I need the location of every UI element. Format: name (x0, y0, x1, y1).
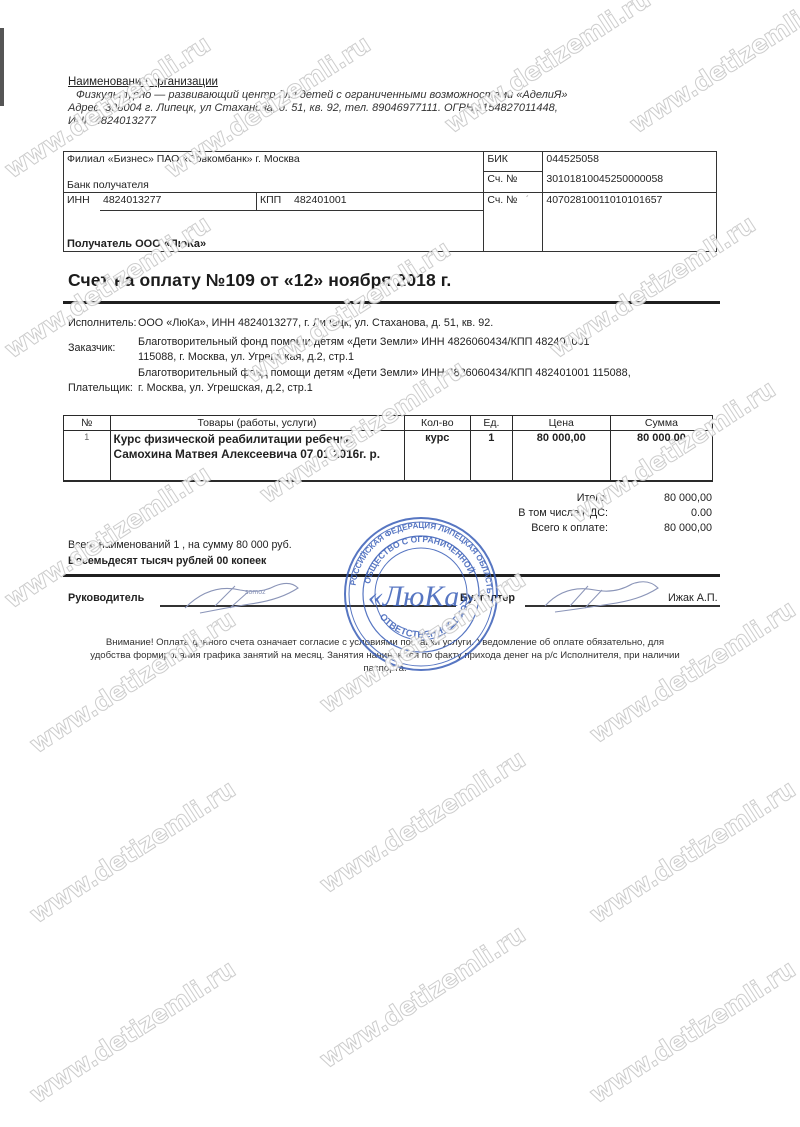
totals-block: Итого: 80 000,00 В том числе НДС: 0.00 В… (470, 491, 712, 536)
kpp-value: 482401001 (291, 193, 484, 211)
col-price: Цена (512, 416, 610, 431)
accountant-signature-line (525, 605, 720, 607)
payer-line-1: Благотворительный фонд помощи детям «Дет… (138, 366, 631, 381)
item-qty: курс (404, 431, 470, 482)
title-divider (63, 301, 720, 304)
watermark-text: www.detizemli.ru (24, 605, 240, 759)
items-table: № Товары (работы, услуги) Кол-во Ед. Цен… (63, 415, 713, 482)
table-row: 1 Курс физической реабилитации ребенка С… (64, 431, 713, 482)
director-signature: somoz (180, 578, 310, 618)
bank-name-cell: Филиал «Бизнес» ПАО «Совкомбанк» г. Моск… (64, 152, 484, 193)
total-value: 80 000,00 (608, 521, 712, 536)
col-qty: Кол-во (404, 416, 470, 431)
watermark-text: www.detizemli.ru (24, 775, 240, 929)
accountant-signature (540, 578, 670, 618)
watermark-text: www.detizemli.ru (584, 775, 800, 929)
item-name: Курс физической реабилитации ребенка Сам… (110, 431, 404, 482)
accountant-name: Ижак А.П. (668, 592, 718, 604)
subtotal-value: 80 000,00 (608, 491, 712, 506)
customer-label: Заказчик: (68, 341, 115, 356)
bank-details-table: Филиал «Бизнес» ПАО «Совкомбанк» г. Моск… (63, 151, 717, 252)
customer-line-2: 115088, г. Москва, ул. Угрешская, д.2, с… (138, 350, 354, 365)
corr-account-value: 30101810045250000058 (543, 172, 717, 193)
stamp-center-text: «ЛюКа» (368, 580, 474, 613)
recipient-name: Получатель ООО «ЛюКа» (64, 211, 484, 252)
payer-label: Плательщик: (68, 381, 133, 396)
bik-label: БИК (484, 152, 543, 172)
organization-inn: ИНН 4824013277 (68, 115, 568, 128)
item-number: 1 (64, 431, 111, 482)
bik-value: 044525058 (543, 152, 717, 172)
scan-edge-mark (0, 28, 4, 106)
payer-line-2: г. Москва, ул. Угрешская, д.2, стр.1 (138, 381, 313, 396)
item-price: 80 000,00 (512, 431, 610, 482)
director-label: Руководитель (68, 592, 144, 604)
account-label-text: Сч. № (487, 194, 517, 206)
col-goods: Товары (работы, услуги) (110, 416, 404, 431)
items-header-row: № Товары (работы, услуги) Кол-во Ед. Цен… (64, 416, 713, 431)
watermark-text: www.detizemli.ru (24, 955, 240, 1109)
svg-text:somoz: somoz (245, 589, 266, 596)
customer-line-1: Благотворительный фонд помощи детям «Дет… (138, 335, 589, 350)
kpp-label: КПП (257, 193, 292, 211)
col-sum: Сумма (610, 416, 712, 431)
summary-block: Всего наименований 1 , на сумму 80 000 р… (68, 537, 292, 569)
summary-words: Восемьдесят тысяч рублей 00 копеек (68, 553, 292, 569)
organization-name: Физкультурно — развивающий центр для дет… (68, 89, 568, 102)
inn-label: ИНН (64, 193, 101, 211)
watermark-text: www.detizemli.ru (584, 955, 800, 1109)
watermark-text: www.detizemli.ru (314, 920, 530, 1074)
vat-value: 0.00 (608, 506, 712, 521)
organization-address: Адрес: 398004 г. Липецк, ул Стаханова, д… (68, 102, 568, 115)
item-unit: 1 (471, 431, 513, 482)
bank-recipient-label: Банк получателя (67, 179, 149, 191)
watermark-text: www.detizemli.ru (314, 745, 530, 899)
account-value: 40702810011010101657 (543, 193, 717, 252)
account-label: Сч. №ˊ (484, 193, 543, 252)
watermark-text: www.detizemli.ru (624, 0, 800, 139)
organization-heading: Наименование организации (68, 76, 568, 89)
bank-name: Филиал «Бизнес» ПАО «Совкомбанк» г. Моск… (67, 153, 480, 165)
col-number: № (64, 416, 111, 431)
inn-value: 4824013277 (100, 193, 257, 211)
invoice-title: Счет на оплату №109 от «12» ноября 2018 … (68, 270, 451, 291)
executor-text: ООО «ЛюКа», ИНН 4824013277, г. Липецк, у… (138, 316, 493, 331)
col-unit: Ед. (471, 416, 513, 431)
organization-block: Наименование организации Физкультурно — … (68, 76, 568, 128)
company-stamp: РОССИЙСКАЯ ФЕДЕРАЦИЯ ЛИПЕЦКАЯ ОБЛАСТЬ ОБ… (341, 514, 501, 674)
summary-count: Всего наименований 1 , на сумму 80 000 р… (68, 537, 292, 553)
item-sum: 80 000,00 (610, 431, 712, 482)
subtotal-label: Итого: (470, 491, 608, 506)
executor-label: Исполнитель: (68, 316, 136, 331)
corr-account-label: Сч. № (484, 172, 543, 193)
